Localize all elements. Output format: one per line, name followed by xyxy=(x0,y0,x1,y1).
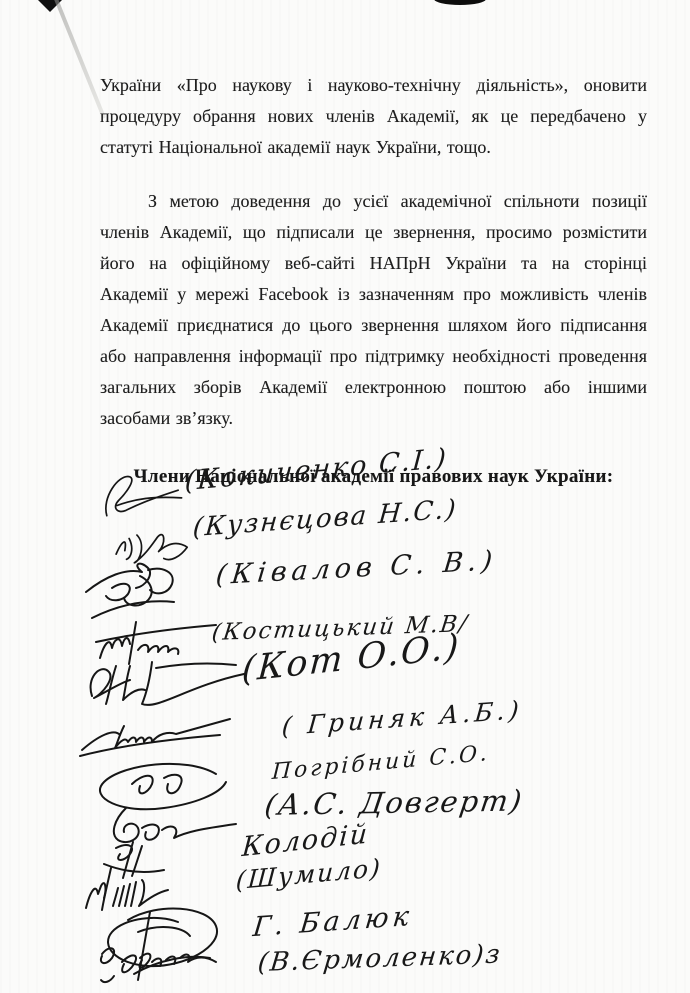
letter-body: України «Про наукову і науково-технічну … xyxy=(100,70,647,507)
signature-annotation: (А.С. Довгерт) xyxy=(263,783,526,822)
signature-squiggle xyxy=(90,936,235,990)
scan-crease-line xyxy=(52,0,106,119)
signature-annotation: (Ківалов С. В.) xyxy=(214,545,498,591)
signature-annotation: Погрібний С.О. xyxy=(271,741,490,785)
signature-squiggle xyxy=(78,706,238,758)
signature-annotation: (В.Єрмоленко)з xyxy=(256,939,503,978)
paragraph: України «Про наукову і науково-технічну … xyxy=(100,70,647,163)
scan-top-right-mark xyxy=(434,0,486,5)
signature-annotation: ( Гриняк А.Б.) xyxy=(281,695,524,741)
paragraph: З метою доведення до усієї академічної с… xyxy=(100,186,647,434)
scanned-document-page: України «Про наукову і науково-технічну … xyxy=(0,0,690,993)
signature-annotation: Г. Балюк xyxy=(251,901,414,943)
